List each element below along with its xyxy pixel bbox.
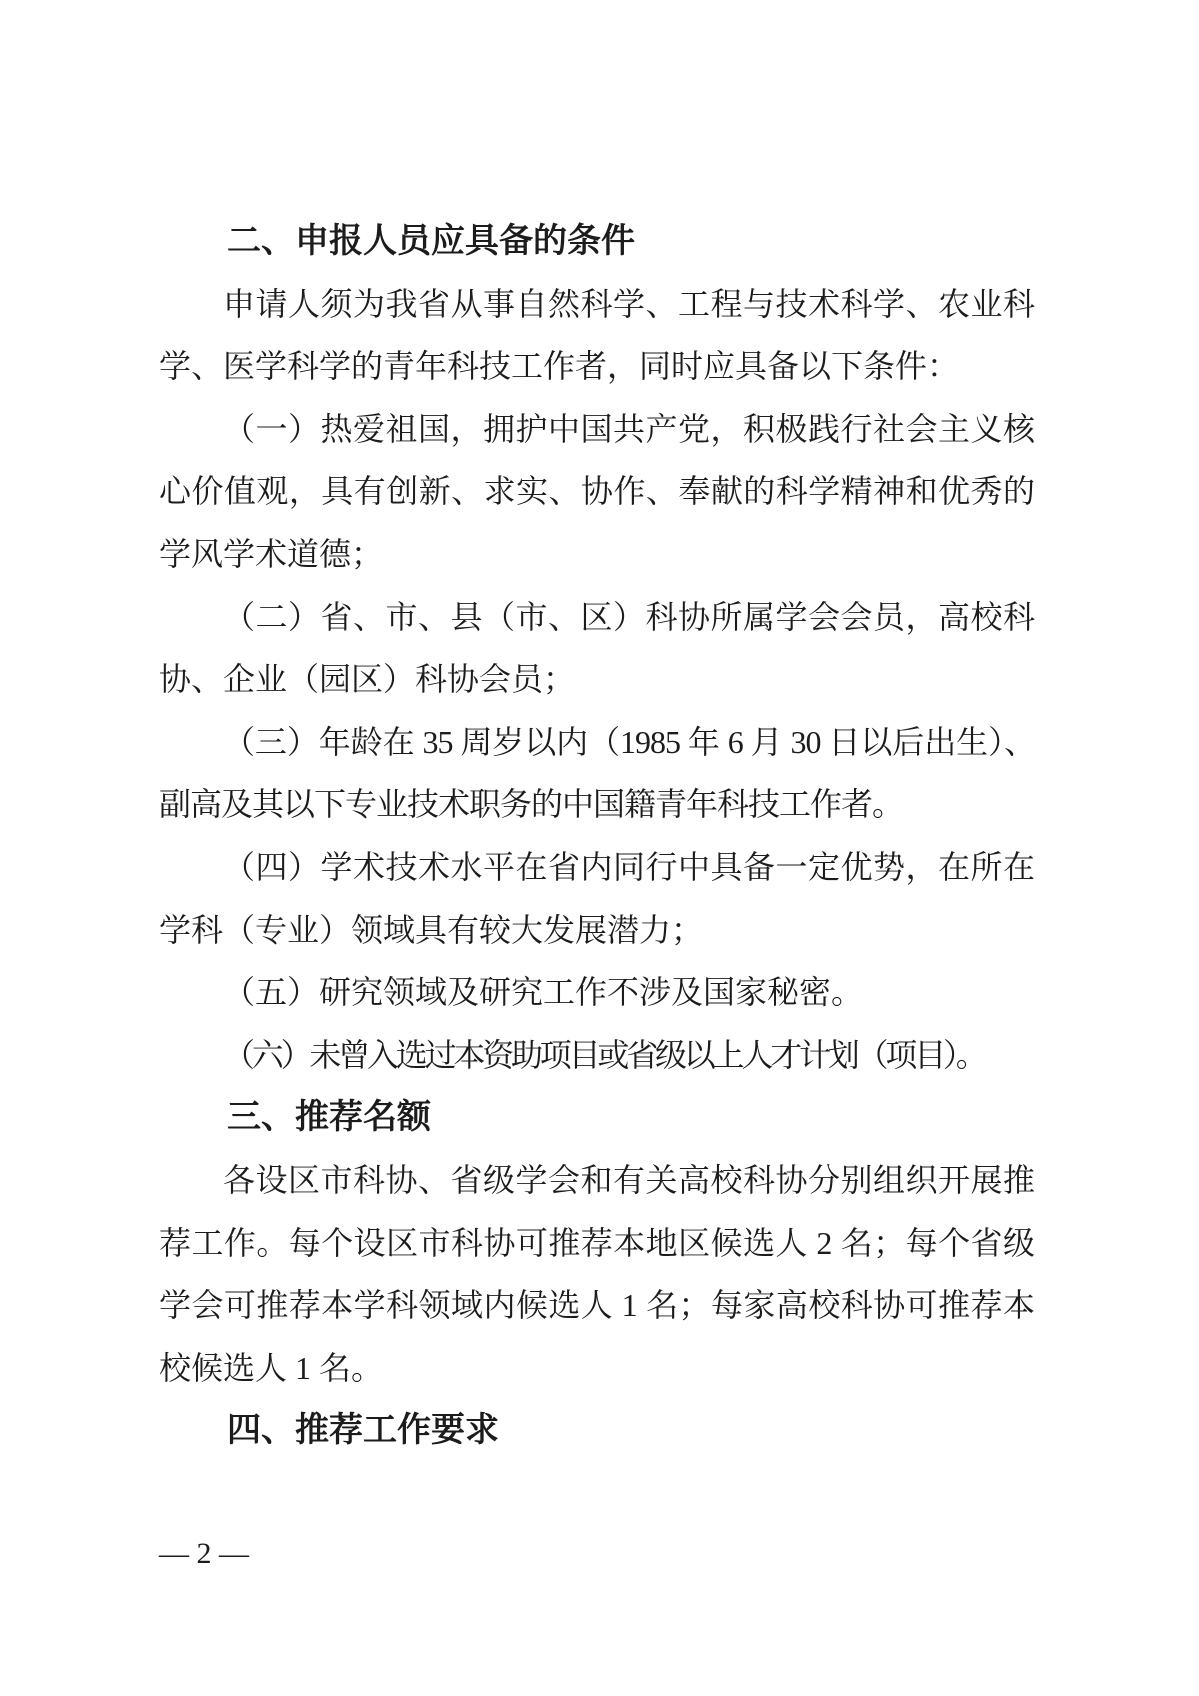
section-heading-4: 四、推荐工作要求: [159, 1399, 1035, 1462]
condition-3: （三）年龄在 35 周岁以内（1985 年 6 月 30 日以后出生）、副高及其…: [159, 711, 1035, 836]
page-number: — 2 —: [159, 1536, 249, 1572]
condition-5: （五）研究领域及研究工作不涉及国家秘密。: [159, 961, 1035, 1024]
section-heading-3: 三、推荐名额: [159, 1086, 1035, 1149]
document-page: 二、申报人员应具备的条件申请人须为我省从事自然科学、工程与技术科学、农业科学、医…: [0, 0, 1199, 1696]
section-heading-2: 二、申报人员应具备的条件: [159, 210, 1035, 273]
condition-6: （六）未曾入选过本资助项目或省级以上人才计划（项目）。: [159, 1024, 1035, 1087]
condition-4: （四）学术技术水平在省内同行中具备一定优势，在所在学科（专业）领域具有较大发展潜…: [159, 836, 1035, 961]
condition-1: （一）热爱祖国，拥护中国共产党，积极践行社会主义核心价值观，具有创新、求实、协作…: [159, 398, 1035, 586]
quota-paragraph: 各设区市科协、省级学会和有关高校科协分别组织开展推荐工作。每个设区市科协可推荐本…: [159, 1149, 1035, 1399]
document-body: 二、申报人员应具备的条件申请人须为我省从事自然科学、工程与技术科学、农业科学、医…: [159, 210, 1035, 1462]
condition-2: （二）省、市、县（市、区）科协所属学会会员，高校科协、企业（园区）科协会员；: [159, 586, 1035, 711]
intro-paragraph: 申请人须为我省从事自然科学、工程与技术科学、农业科学、医学科学的青年科技工作者，…: [159, 273, 1035, 398]
